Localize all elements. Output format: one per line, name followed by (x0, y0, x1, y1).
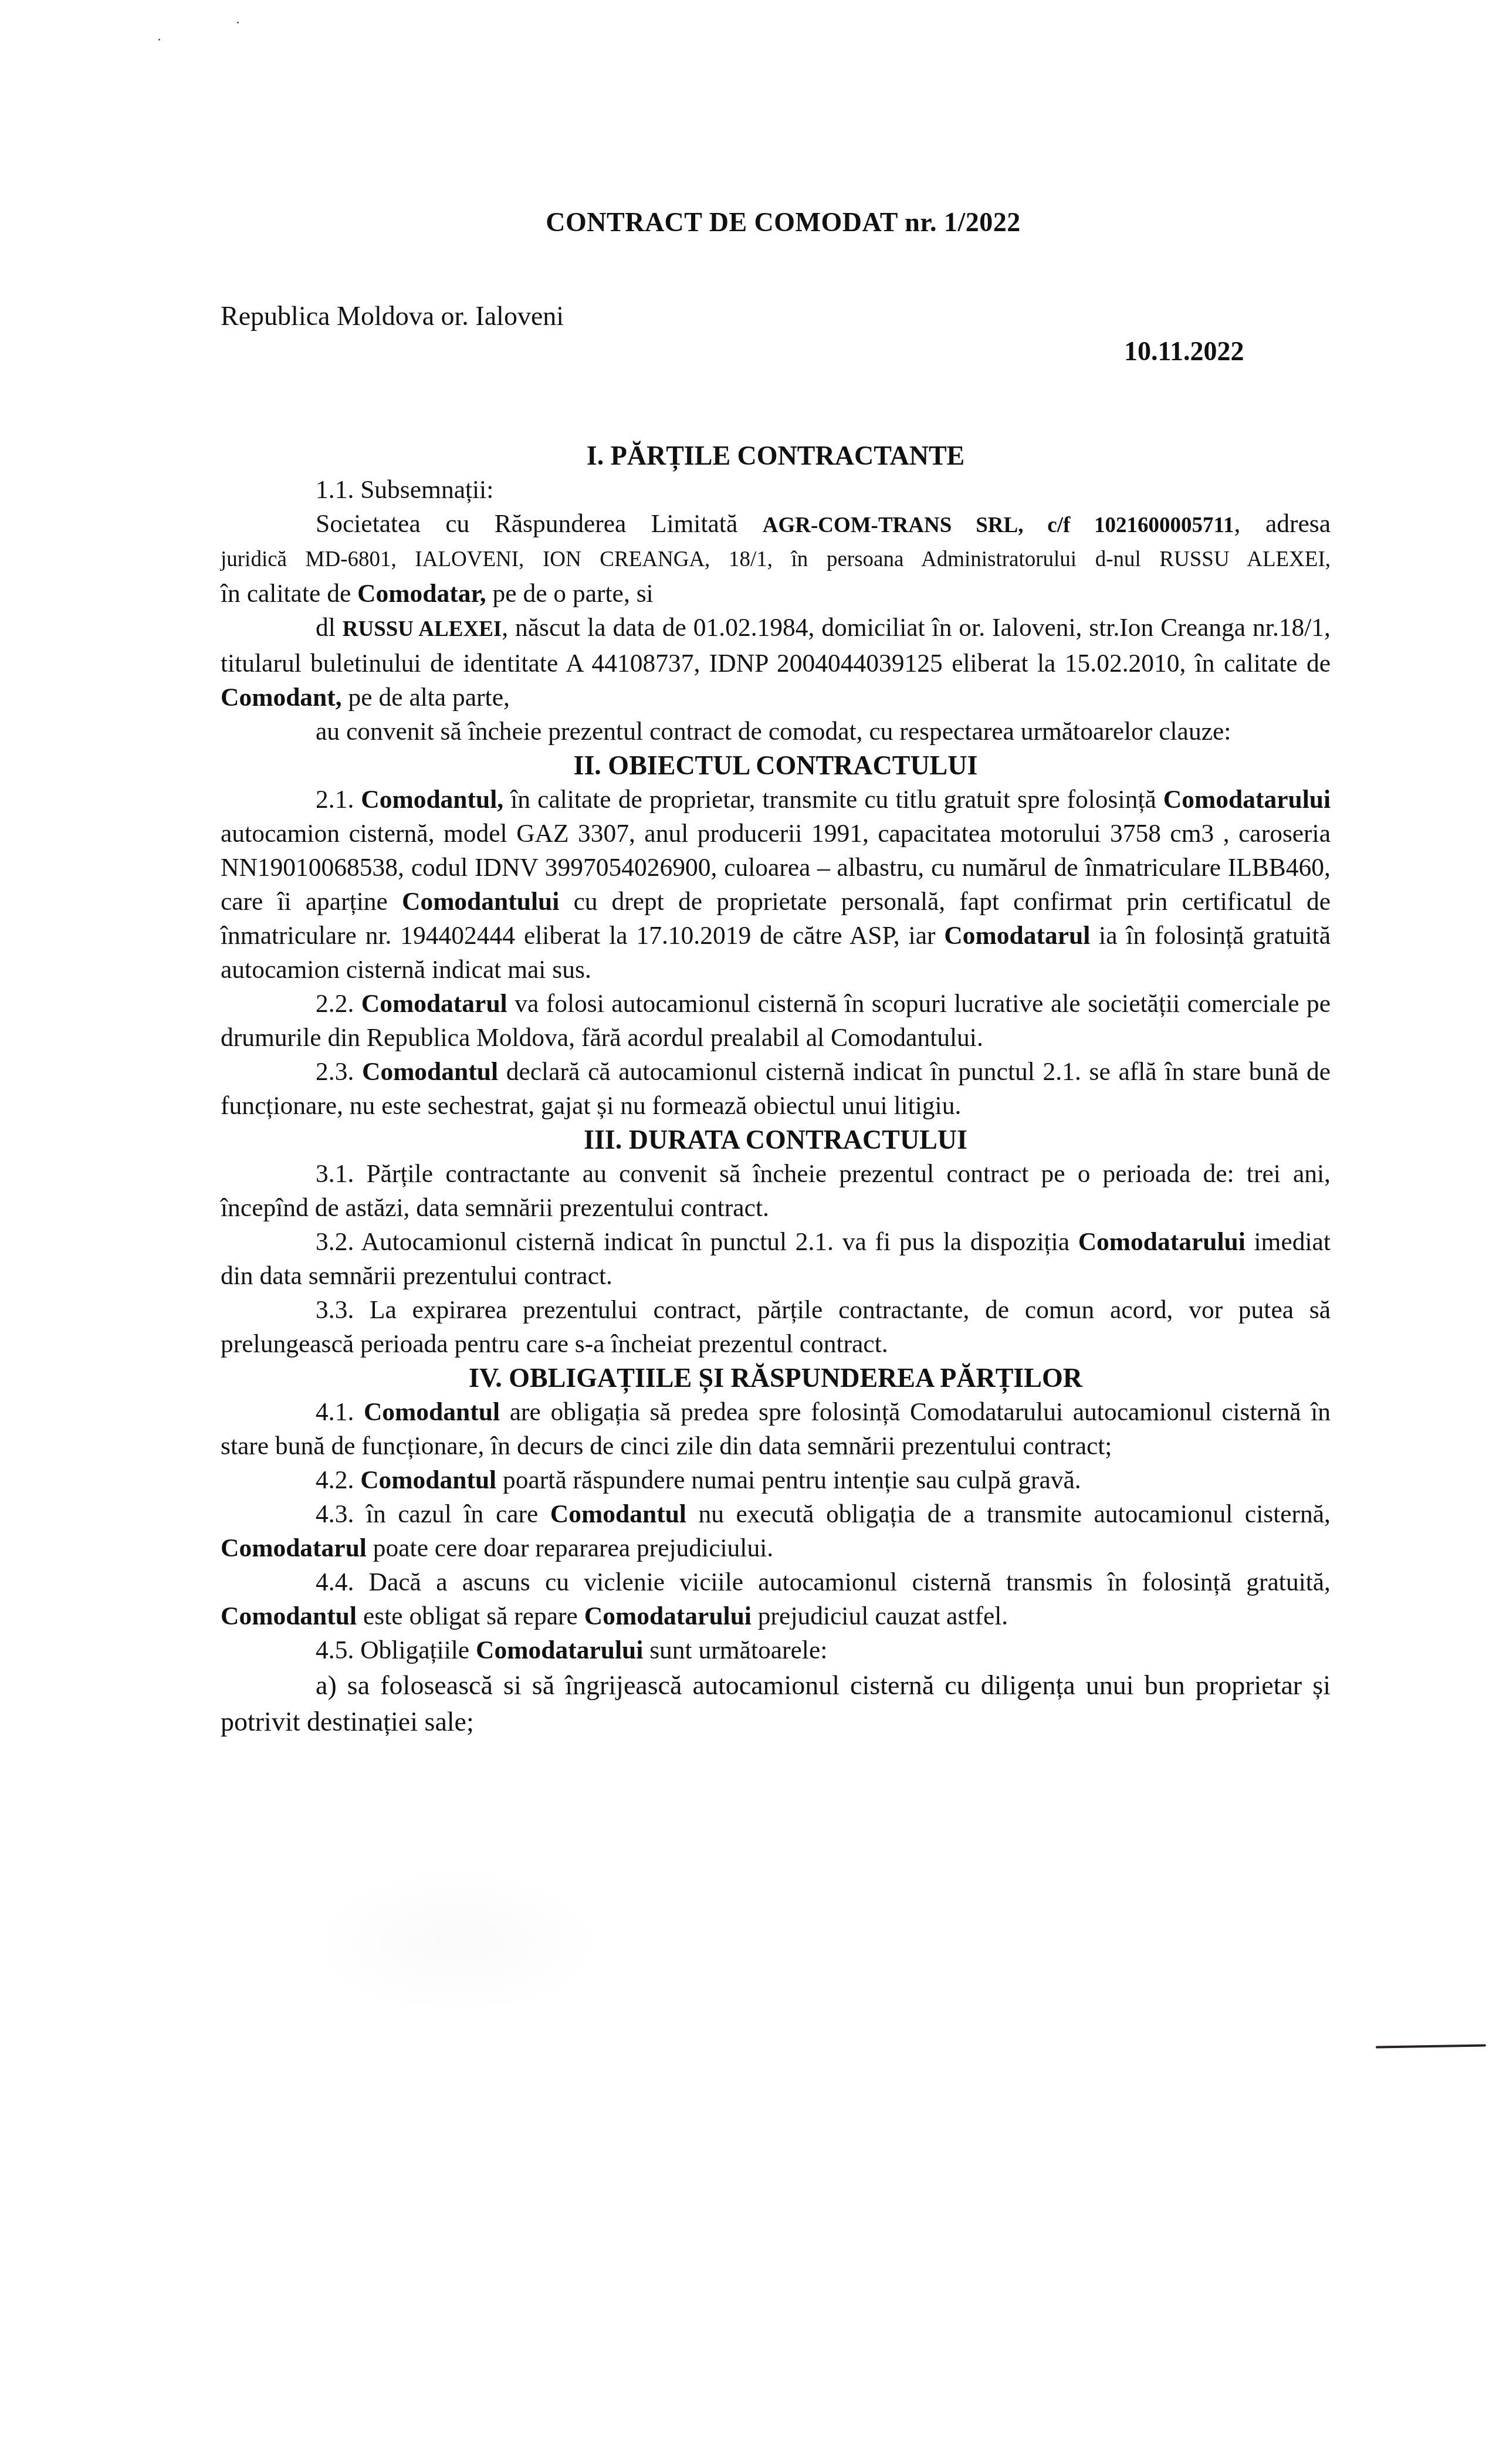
clause-3-3: 3.3. La expirarea prezentului contract, … (221, 1293, 1331, 1361)
company-name: AGR-COM-TRANS SRL, c/f 1021600005711 (763, 513, 1234, 537)
clause-2-1: 2.1. Comodantul, în calitate de propriet… (221, 783, 1331, 987)
section-heading-object: II. OBIECTUL CONTRACTULUI (221, 749, 1331, 783)
clause-4-1: 4.1. Comodantul are obligația să predea … (221, 1395, 1331, 1463)
agreement-paragraph: au convenit să încheie prezentul contrac… (221, 715, 1331, 749)
scan-speck (158, 39, 160, 40)
person-name: RUSSU ALEXEI (343, 617, 502, 641)
comodatar-role-line: în calitate de Comodatar, pe de o parte,… (221, 577, 1331, 611)
company-paragraph: Societatea cu Răspunderea Limitată AGR-C… (221, 507, 1331, 543)
document-page: CONTRACT DE COMODAT nr. 1/2022 Republica… (0, 0, 1496, 2464)
pen-stroke-mark (1376, 2044, 1486, 2048)
clause-4-4: 4.4. Dacă a ascuns cu viclenie viciile a… (221, 1565, 1331, 1633)
section-heading-duration: III. DURATA CONTRACTULUI (221, 1123, 1331, 1157)
company-address-line: juridică MD-6801, IALOVENI, ION CREANGA,… (221, 543, 1331, 577)
role-comodatar: Comodatar, (357, 580, 486, 608)
clause-4-5: 4.5. Obligațiile Comodatarului sunt urmă… (221, 1633, 1331, 1667)
contract-body: I. PĂRȚILE CONTRACTANTE 1.1. Subsemnații… (221, 439, 1331, 1740)
section-heading-parties: I. PĂRȚILE CONTRACTANTE (221, 439, 1331, 473)
contract-date: 10.11.2022 (1124, 336, 1244, 367)
clause-4-3: 4.3. în cazul în care Comodantul nu exec… (221, 1497, 1331, 1565)
role-comodant: Comodant, (221, 683, 342, 712)
clause-1-1: 1.1. Subsemnații: (221, 473, 1331, 507)
contract-title: CONTRACT DE COMODAT nr. 1/2022 (0, 207, 1496, 238)
clause-4-2: 4.2. Comodantul poartă răspundere numai … (221, 1463, 1331, 1497)
contract-place: Republica Moldova or. Ialoveni (221, 300, 564, 331)
person-paragraph: dl RUSSU ALEXEI, născut la data de 01.02… (221, 611, 1331, 715)
clause-4-5-a: a) sa folosească si să îngrijească autoc… (221, 1667, 1331, 1740)
scan-bleed-through (305, 1866, 610, 2018)
section-heading-obligations: IV. OBLIGAȚIILE ȘI RĂSPUNDEREA PĂRȚILOR (221, 1361, 1331, 1395)
clause-2-3: 2.3. Comodantul declară că autocamionul … (221, 1055, 1331, 1123)
clause-2-2: 2.2. Comodatarul va folosi autocamionul … (221, 987, 1331, 1055)
scan-speck (237, 22, 239, 23)
clause-3-1: 3.1. Părțile contractante au convenit să… (221, 1157, 1331, 1225)
clause-3-2: 3.2. Autocamionul cisternă indicat în pu… (221, 1225, 1331, 1293)
